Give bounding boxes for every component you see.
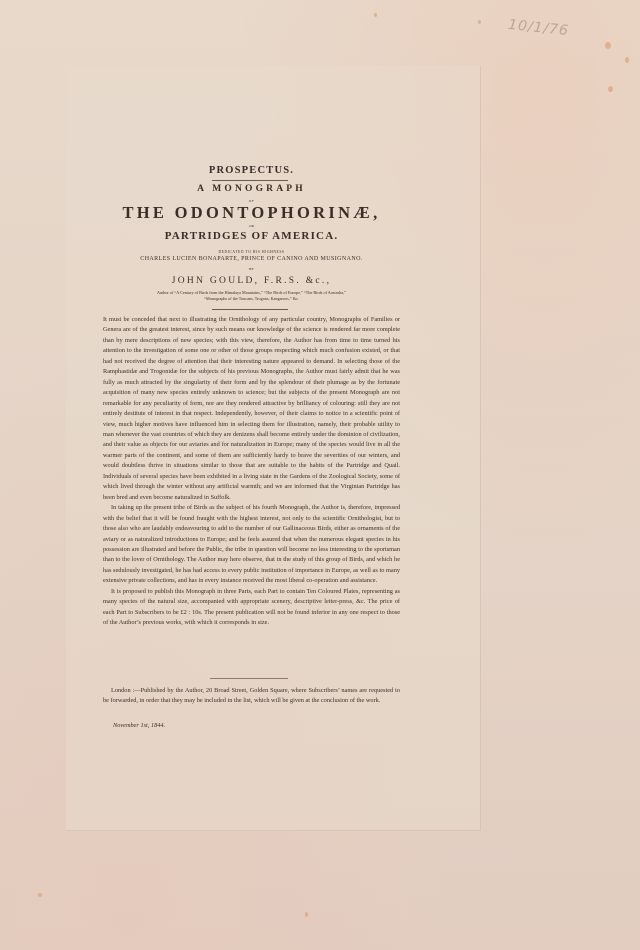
foxing-spot [305, 912, 308, 917]
foxing-spot [38, 893, 42, 897]
publication-date: November 1st, 1844. [113, 722, 165, 729]
author-works-line-2: “Monographs of the Toucans, Trogons, Kan… [103, 296, 400, 301]
or-label: OR [103, 224, 400, 228]
paragraph: It is proposed to publish this Monograph… [103, 587, 400, 629]
body-text: It must be conceded that next to illustr… [103, 315, 400, 629]
foxing-spot [374, 13, 377, 17]
foxing-spot [478, 20, 481, 24]
foxing-spot [608, 86, 613, 92]
divider [212, 309, 288, 310]
by-label: BY [103, 267, 400, 271]
author-works-line-1: Author of “A Century of Birds from the H… [100, 290, 403, 295]
main-title: THE ODONTOPHORINÆ, [103, 203, 400, 223]
foxing-spot [605, 42, 611, 49]
accession-mark: 10/1/76 [507, 17, 569, 39]
foxing-spot [625, 57, 629, 63]
prospectus-heading: PROSPECTUS. [103, 165, 400, 176]
divider [210, 678, 288, 679]
divider [212, 180, 288, 181]
subtitle: PARTRIDGES OF AMERICA. [103, 230, 400, 242]
dedication-line: DEDICATED TO HIS HIGHNESS [103, 250, 400, 254]
publisher-note: London :—Published by the Author, 20 Bro… [103, 686, 400, 707]
author-name: JOHN GOULD, F.R.S. &c., [103, 276, 400, 286]
monograph-heading: A MONOGRAPH [103, 184, 400, 194]
paragraph: In taking up the present tribe of Birds … [103, 503, 400, 587]
paragraph: It must be conceded that next to illustr… [103, 315, 400, 503]
dedicatee: CHARLES LUCIEN BONAPARTE, PRINCE OF CANI… [103, 256, 400, 262]
